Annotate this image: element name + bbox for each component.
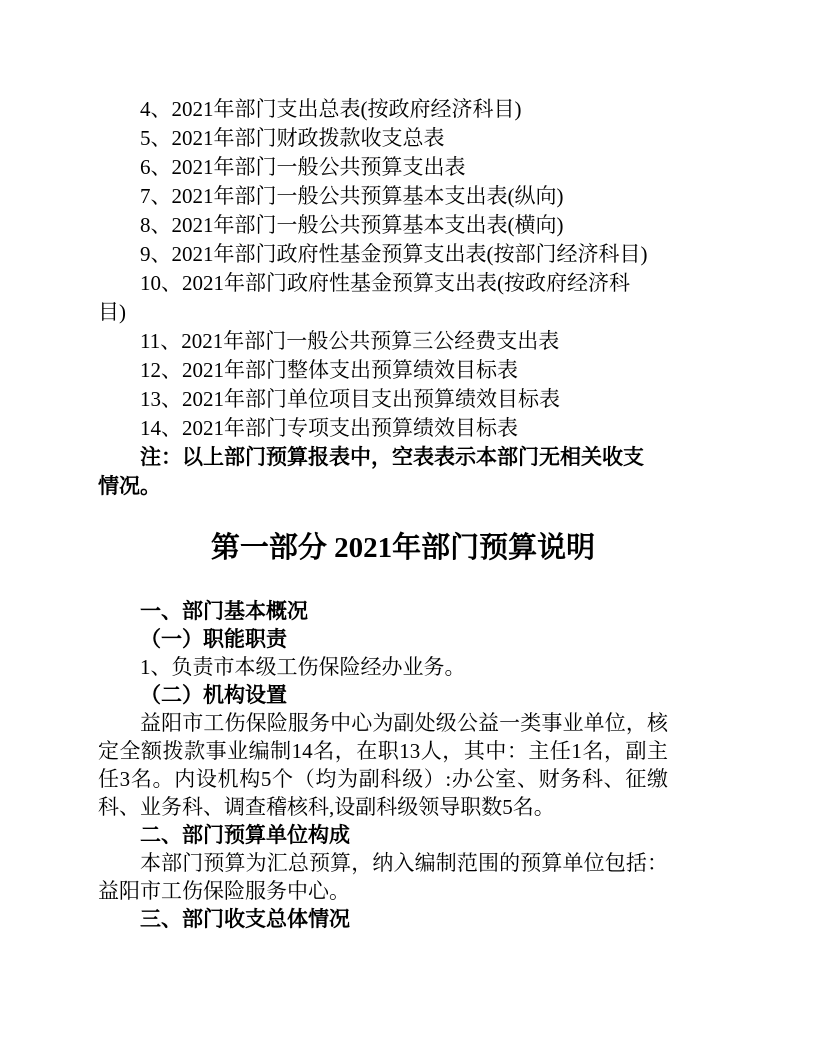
section-heading: （一）职能职责 — [98, 625, 668, 653]
budget-note: 注：以上部门预算报表中，空表表示本部门无相关收支情况。 — [98, 443, 662, 501]
section-heading: 三、部门收支总体情况 — [98, 905, 668, 933]
list-item: 14、2021年部门专项支出预算绩效目标表 — [98, 414, 668, 443]
body-paragraph: 本部门预算为汇总预算，纳入编制范围的预算单位包括：益阳市工伤保险服务中心。 — [98, 849, 668, 905]
list-item: 7、2021年部门一般公共预算基本支出表(纵向) — [98, 182, 668, 211]
body-paragraph: 益阳市工伤保险服务中心为副处级公益一类事业单位，核定全额拨款事业编制14名，在职… — [98, 709, 668, 821]
section-heading: 一、部门基本概况 — [98, 597, 668, 625]
part-one-body: 一、部门基本概况 （一）职能职责 1、负责市本级工伤保险经办业务。 （二）机构设… — [98, 597, 690, 933]
list-item: 8、2021年部门一般公共预算基本支出表(横向) — [98, 211, 668, 240]
list-item: 12、2021年部门整体支出预算绩效目标表 — [98, 356, 668, 385]
section-heading: 二、部门预算单位构成 — [98, 821, 668, 849]
list-item: 4、2021年部门支出总表(按政府经济科目) — [98, 95, 668, 124]
list-item: 5、2021年部门财政拨款收支总表 — [98, 124, 668, 153]
list-item: 9、2021年部门政府性基金预算支出表(按部门经济科目) — [98, 240, 668, 269]
list-item: 13、2021年部门单位项目支出预算绩效目标表 — [98, 385, 668, 414]
body-paragraph: 1、负责市本级工伤保险经办业务。 — [98, 653, 668, 681]
section-heading: （二）机构设置 — [98, 681, 668, 709]
list-item: 11、2021年部门一般公共预算三公经费支出表 — [98, 327, 668, 356]
list-item: 10、2021年部门政府性基金预算支出表(按政府经济科目) — [98, 269, 638, 327]
report-table-list: 4、2021年部门支出总表(按政府经济科目) 5、2021年部门财政拨款收支总表… — [98, 95, 690, 443]
list-item: 6、2021年部门一般公共预算支出表 — [98, 153, 668, 182]
document-page: 4、2021年部门支出总表(按政府经济科目) 5、2021年部门财政拨款收支总表… — [98, 95, 690, 933]
part-one-title: 第一部分 2021年部门预算说明 — [98, 533, 690, 564]
